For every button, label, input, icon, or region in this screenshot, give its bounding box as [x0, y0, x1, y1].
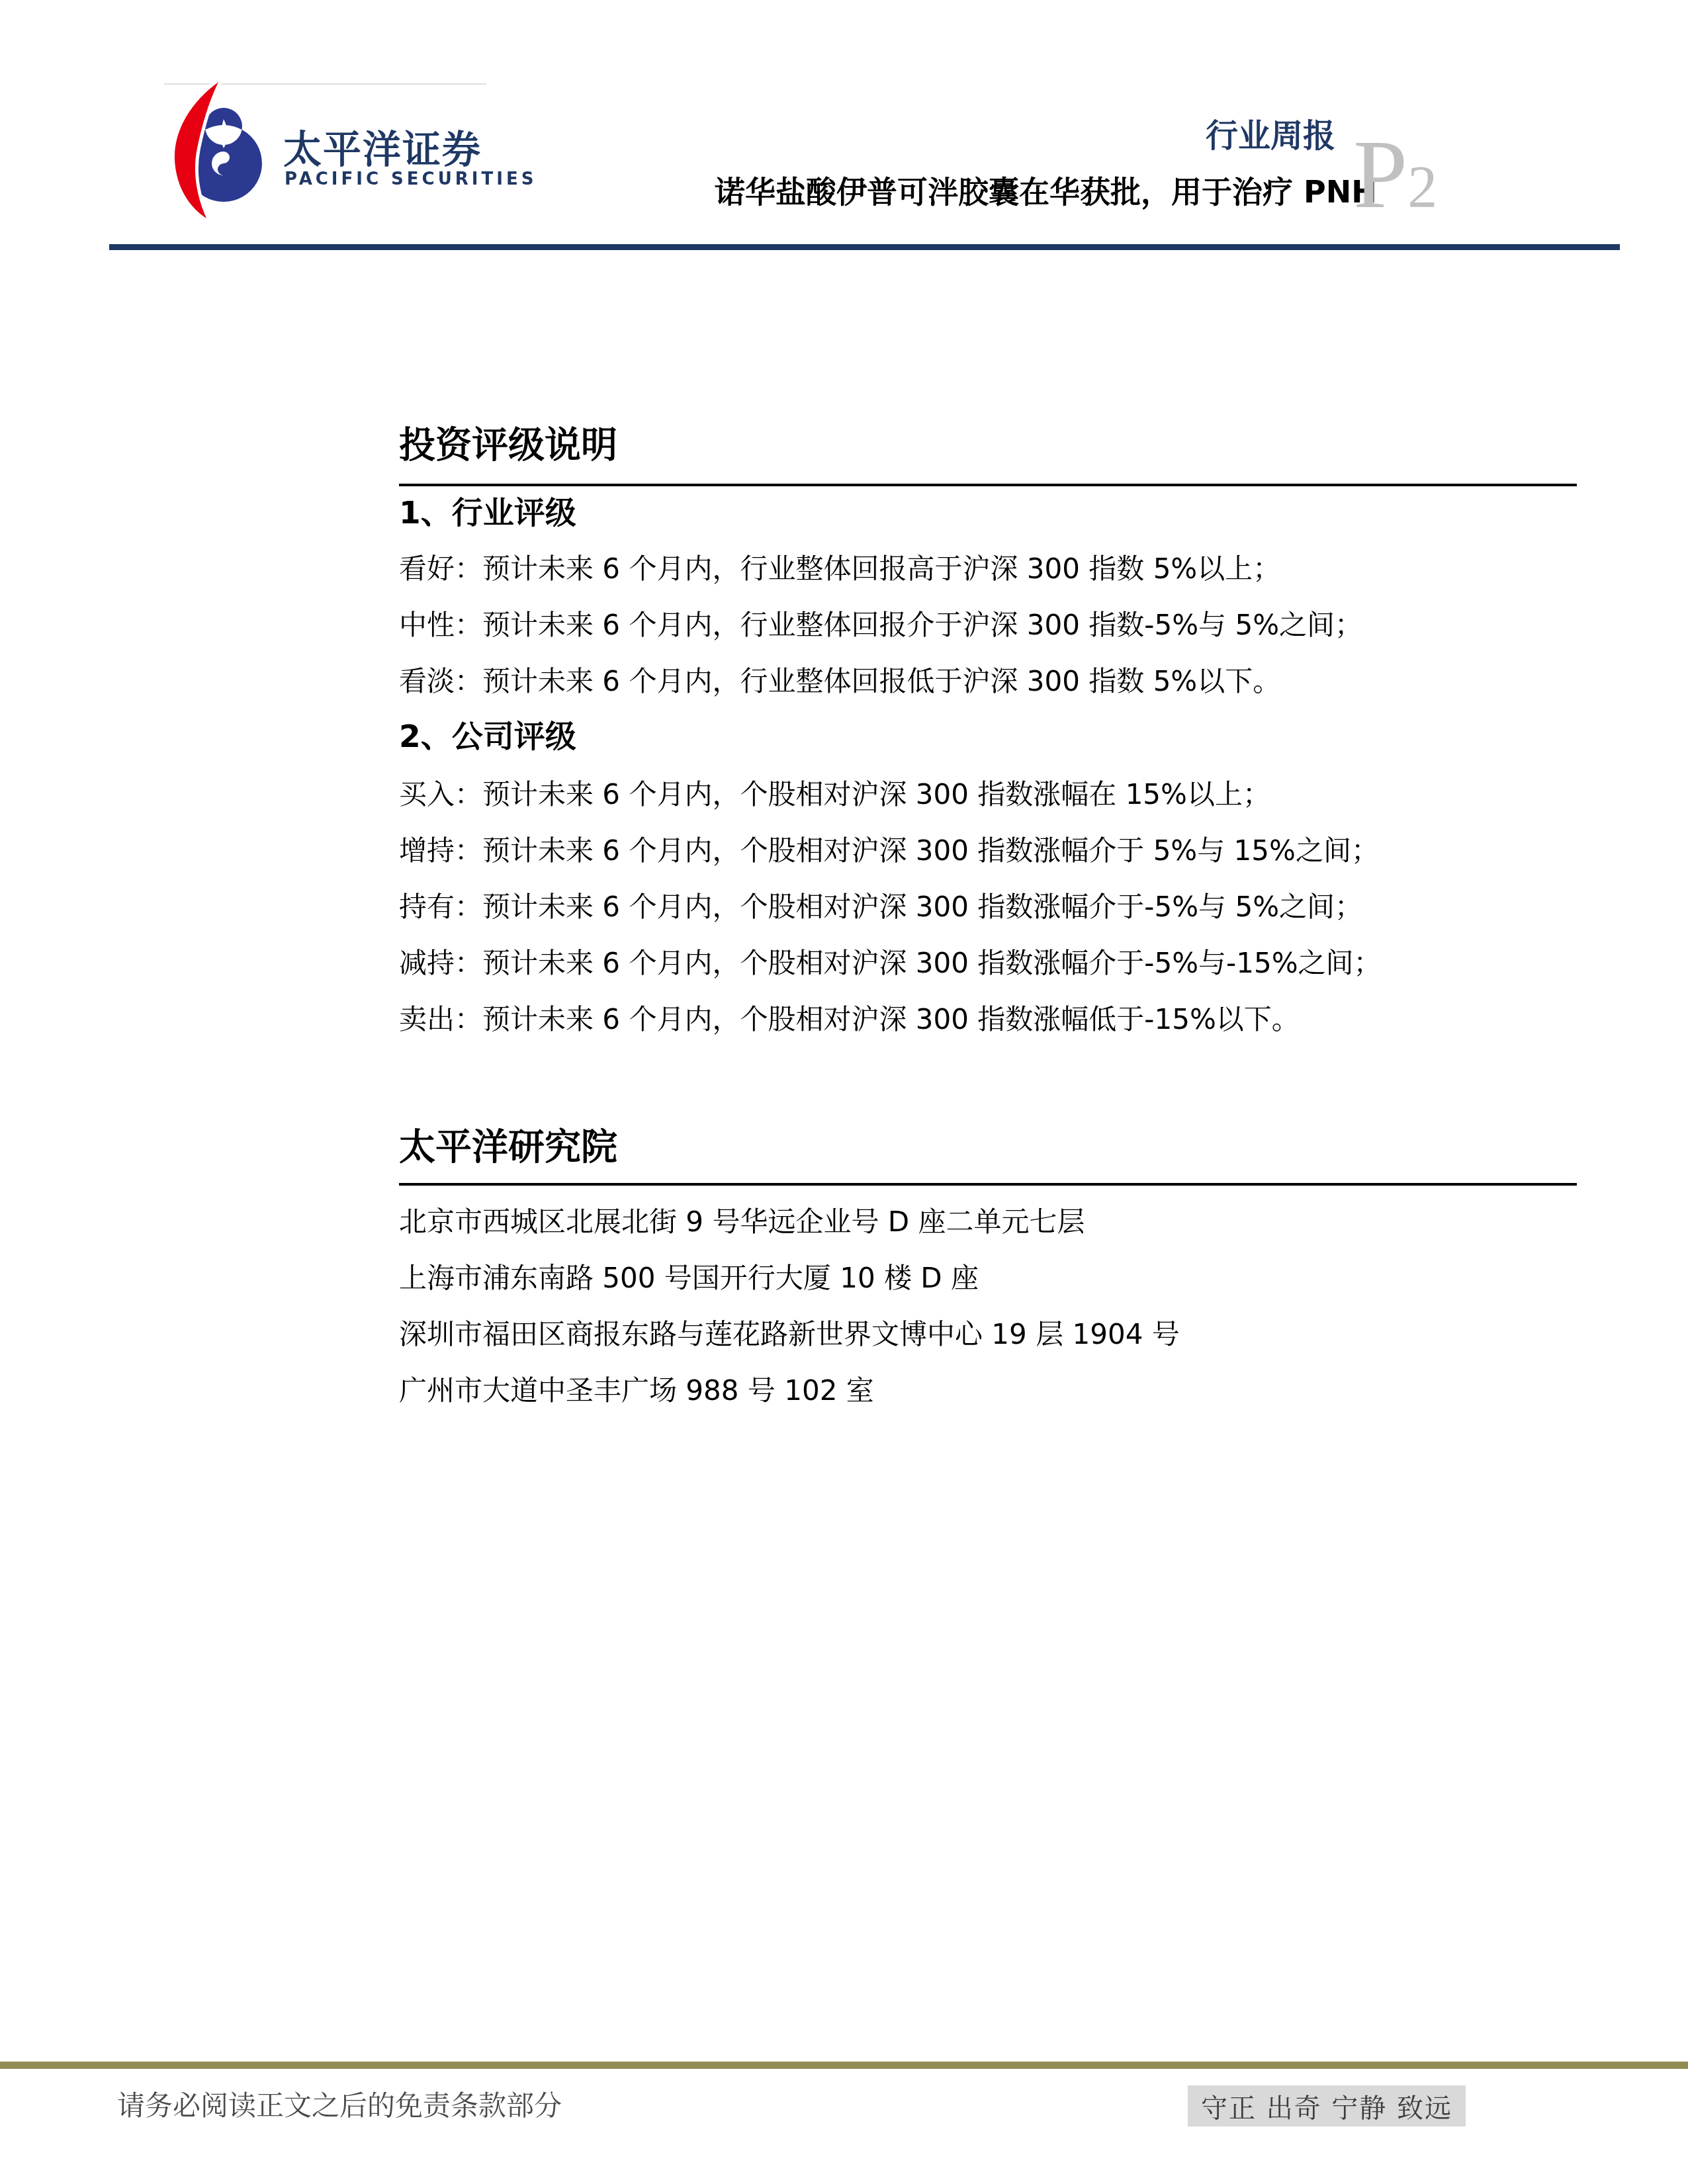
page-number-marker: P2 [1353, 136, 1437, 214]
rating-section-rule [399, 484, 1577, 486]
company-rating-item: 卖出：预计未来 6 个月内，个股相对沪深 300 指数涨幅低于-15%以下。 [399, 1004, 1300, 1035]
institute-address: 上海市浦东南路 500 号国开行大厦 10 楼 D 座 [399, 1262, 979, 1294]
footer-motto-text: 守正 出奇 宁静 致远 [1201, 2087, 1452, 2125]
company-rating-item: 买入：预计未来 6 个月内，个股相对沪深 300 指数涨幅在 15%以上； [399, 779, 1270, 810]
institute-section-title: 太平洋研究院 [399, 1129, 617, 1165]
industry-rating-heading: 1、行业评级 [399, 498, 576, 529]
report-page: 太平洋证券 PACIFIC SECURITIES 行业周报 诺华盐酸伊普可泮胶囊… [0, 0, 1688, 2184]
footer-motto-badge: 守正 出奇 宁静 致远 [1188, 2085, 1466, 2126]
report-headline: 诺华盐酸伊普可泮胶囊在华获批，用于治疗 PNH [715, 177, 1377, 207]
footer-disclaimer: 请务必阅读正文之后的免责条款部分 [117, 2092, 562, 2120]
page-letter: P [1353, 120, 1407, 229]
industry-rating-item: 看淡：预计未来 6 个月内，行业整体回报低于沪深 300 指数 5%以下。 [399, 666, 1280, 697]
company-rating-item: 减持：预计未来 6 个月内，个股相对沪深 300 指数涨幅介于-5%与-15%之… [399, 947, 1382, 979]
page-number: 2 [1407, 155, 1437, 220]
logo-company-name-en: PACIFIC SECURITIES [285, 171, 537, 188]
company-rating-item: 持有：预计未来 6 个月内，个股相对沪深 300 指数涨幅介于-5%与 5%之间… [399, 891, 1362, 923]
rating-section-title: 投资评级说明 [399, 427, 617, 463]
company-rating-heading: 2、公司评级 [399, 721, 576, 752]
institute-section-rule [399, 1183, 1577, 1186]
pacific-securities-logo-icon [157, 81, 267, 221]
report-type-label: 行业周报 [1206, 120, 1335, 152]
institute-address: 深圳市福田区商报东路与莲花路新世界文博中心 19 层 1904 号 [399, 1319, 1180, 1350]
header-divider-rule [109, 244, 1620, 250]
footer-divider-rule [0, 2062, 1688, 2069]
institute-address: 广州市大道中圣丰广场 988 号 102 室 [399, 1375, 874, 1407]
industry-rating-item: 看好：预计未来 6 个月内，行业整体回报高于沪深 300 指数 5%以上； [399, 553, 1280, 585]
logo-company-name-cn: 太平洋证券 [283, 130, 482, 169]
company-rating-item: 增持：预计未来 6 个月内，个股相对沪深 300 指数涨幅介于 5%与 15%之… [399, 835, 1379, 867]
institute-address: 北京市西城区北展北街 9 号华远企业号 D 座二单元七层 [399, 1206, 1085, 1238]
industry-rating-item: 中性：预计未来 6 个月内，行业整体回报介于沪深 300 指数-5%与 5%之间… [399, 609, 1362, 641]
